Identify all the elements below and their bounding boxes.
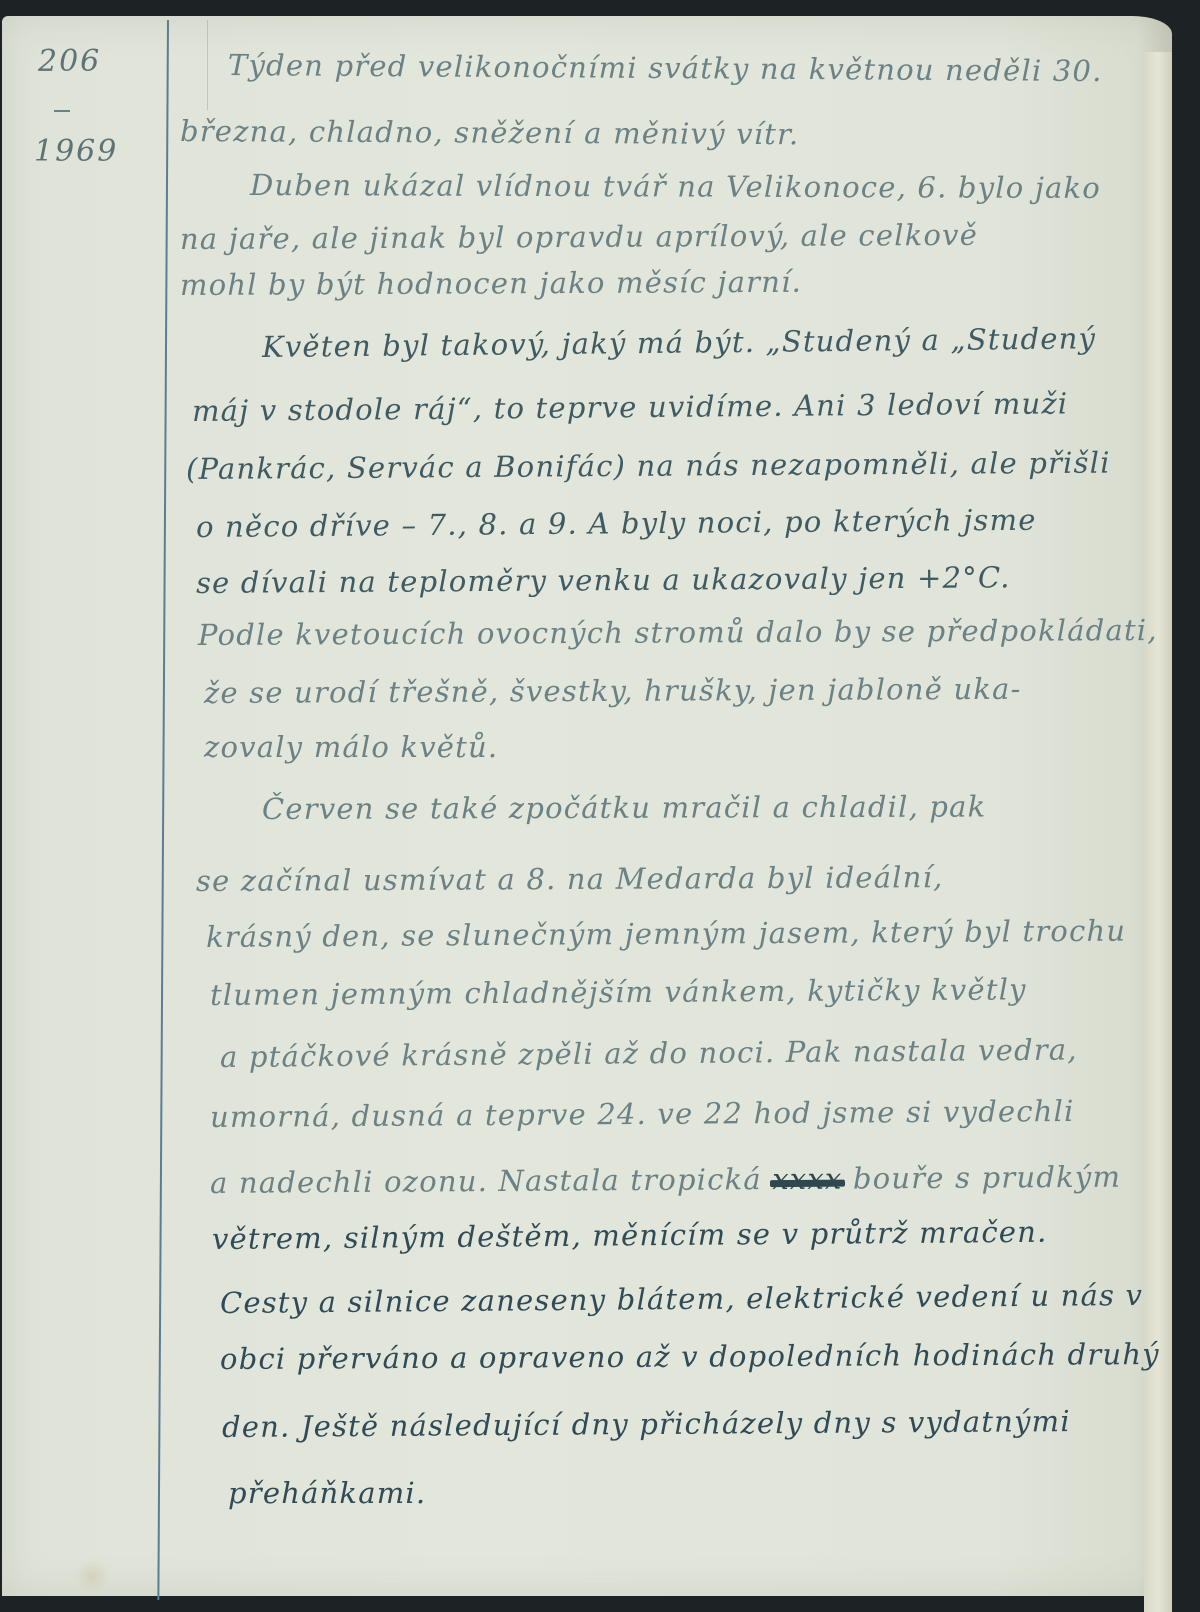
handwritten-line: krásný den, se slunečným jemným jasem, k… [206, 914, 1126, 954]
handwritten-line: Červen se také zpočátku mračil a chladil… [262, 789, 987, 826]
handwritten-line: a ptáčkové krásně zpěli až do noci. Pak … [220, 1033, 1078, 1074]
handwritten-line: tlumen jemným chladnějším vánkem, kytičk… [210, 972, 1027, 1012]
handwritten-line: se začínal usmívat a 8. na Medarda byl i… [196, 860, 944, 898]
scan-background: 206 1969 Týden před velikonočními svátky… [0, 0, 1200, 1600]
handwritten-line: přeháňkami. [228, 1476, 426, 1510]
handwritten-line: máj v stodole ráj“, to teprve uvidíme. A… [192, 386, 1069, 428]
handwritten-line: a nadechli ozonu. Nastala tropická xxxx … [210, 1160, 1121, 1200]
handwritten-line: obci přerváno a opraveno až v dopoledníc… [220, 1337, 1160, 1376]
handwritten-line: Podle kvetoucích ovocných stromů dalo by… [198, 613, 1158, 652]
handwritten-line: o něco dříve – 7., 8. a 9. A byly noci, … [196, 503, 1037, 544]
handwritten-line: větrem, silným deštěm, měnícím se v průt… [212, 1215, 1048, 1256]
handwritten-line: na jaře, ale jinak byl opravdu aprílový,… [180, 218, 978, 256]
handwritten-line: že se urodí třešně, švestky, hrušky, jen… [204, 672, 1022, 710]
chronicle-page: 206 1969 Týden před velikonočními svátky… [2, 16, 1172, 1596]
handwritten-line: Květen byl takový, jaký má být. „Studený… [262, 321, 1096, 364]
handwritten-line: Cesty a silnice zaneseny blátem, elektri… [220, 1278, 1143, 1320]
handwritten-line: Duben ukázal vlídnou tvář na Velikonoce,… [250, 168, 1101, 205]
handwritten-line: Týden před velikonočními svátky na květn… [228, 48, 1103, 88]
handwritten-line: března, chladno, sněžení a měnivý vítr. [180, 114, 800, 151]
handwritten-line: (Pankrác, Servác a Bonifác) na nás nezap… [186, 446, 1111, 486]
crossed-out-word: xxxx [772, 1162, 842, 1196]
handwritten-line: se dívali na teploměry venku a ukazovaly… [196, 560, 1011, 600]
handwritten-line: den. Ještě následující dny přicházely dn… [222, 1404, 1071, 1444]
handwritten-line: umorná, dusná a teprve 24. ve 22 hod jsm… [210, 1094, 1075, 1134]
handwritten-line: zovaly málo květů. [204, 730, 498, 764]
handwritten-line: mohl by být hodnocen jako měsíc jarní. [180, 265, 802, 302]
handwritten-text-body: Týden před velikonočními svátky na květn… [2, 16, 1172, 1596]
